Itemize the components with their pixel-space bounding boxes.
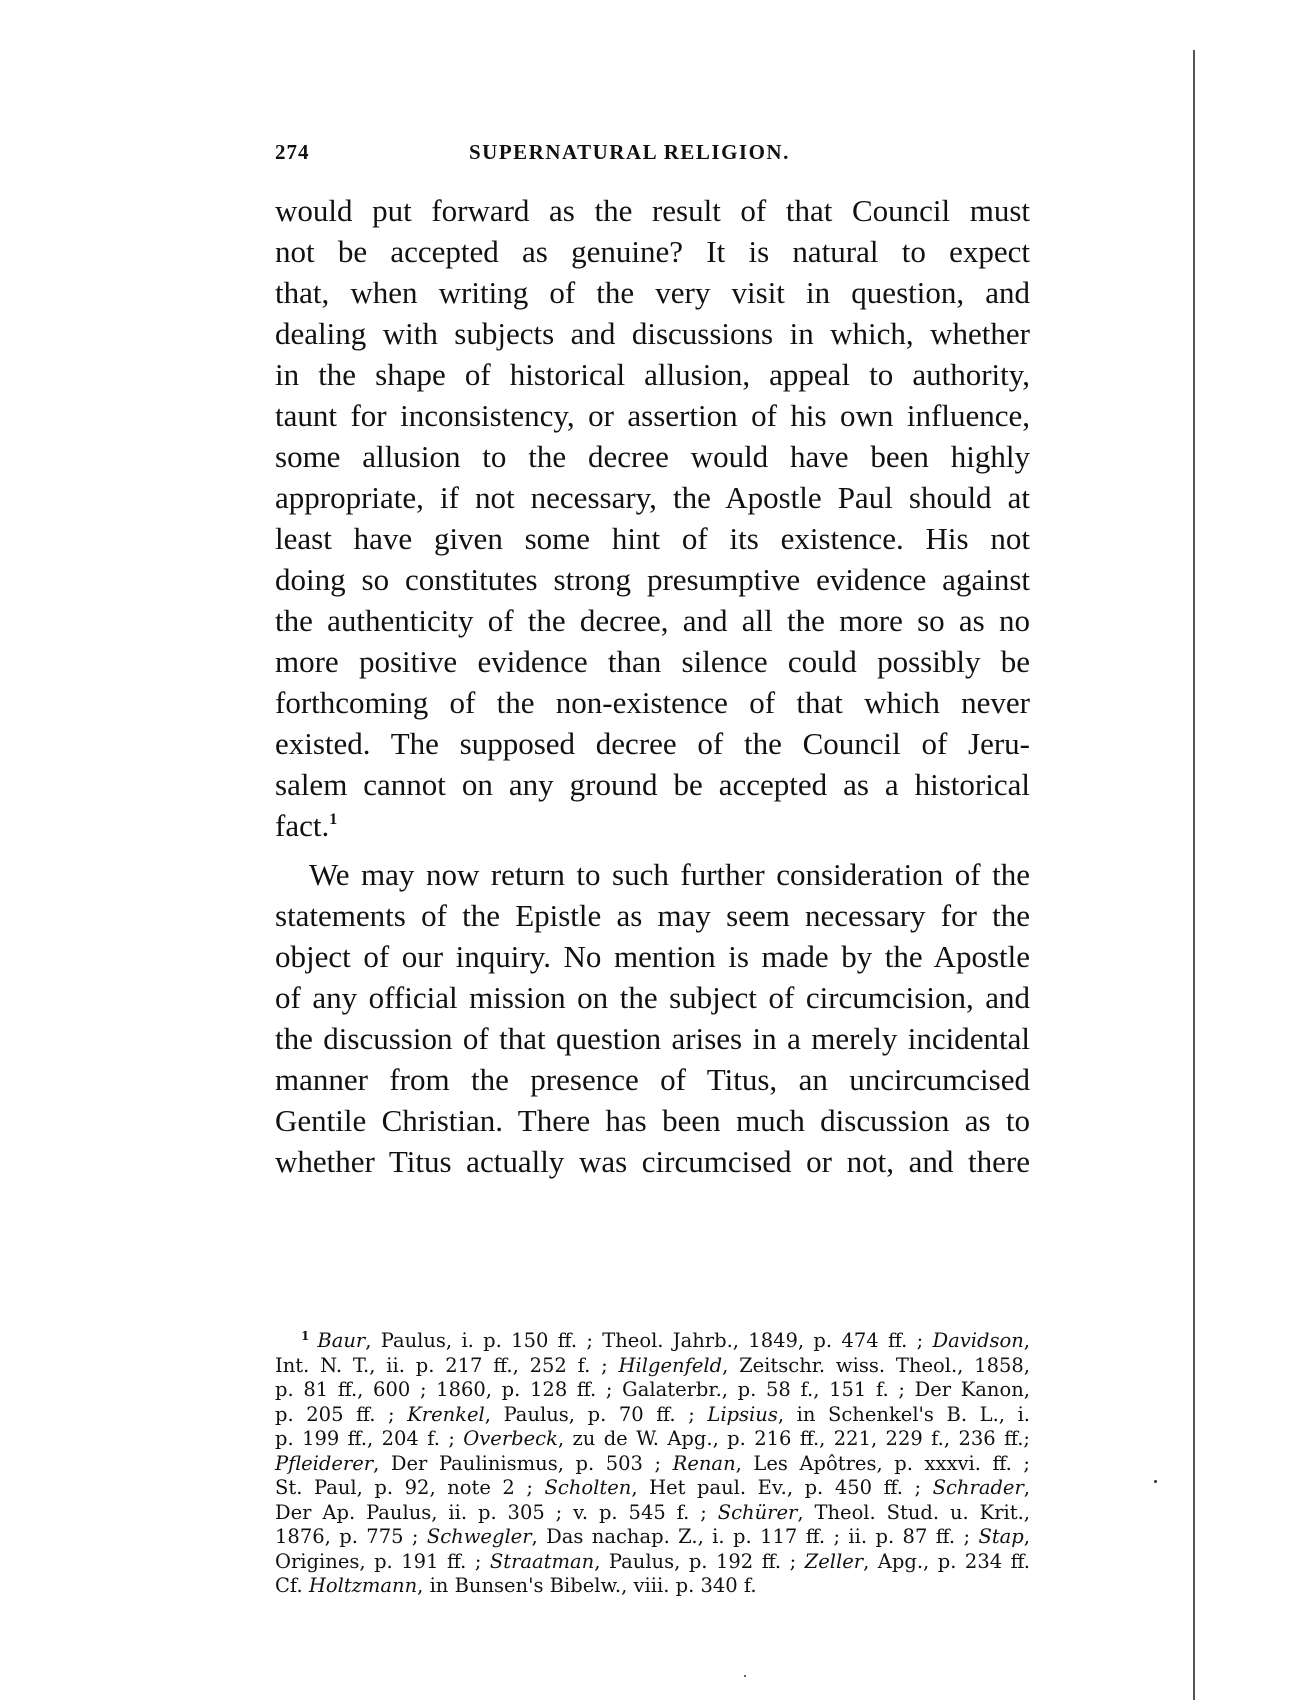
citation-text: , zu de W. Apg., p. 216 ff., 221, 229 f.… [558, 1427, 1030, 1450]
footnote-line: p. 205 ff. ; Krenkel, Paulus, p. 70 ff. … [275, 1403, 1030, 1428]
text-line: the discussion of that question arises i… [275, 1018, 1030, 1059]
page-number: 274 [275, 140, 310, 165]
text-line: in the shape of historical allusion, app… [275, 354, 1030, 395]
text-line: that, when writing of the very visit in … [275, 272, 1030, 313]
running-title: SUPERNATURAL RELIGION. [469, 140, 790, 165]
author-name: Zeller [805, 1550, 863, 1573]
scan-speck [1154, 1480, 1157, 1483]
citation-text: , [1024, 1525, 1030, 1548]
text-line: existed. The supposed decree of the Coun… [275, 723, 1030, 764]
text-line: salem cannot on any ground be accepted a… [275, 764, 1030, 805]
citation-text: , Zeitschr. wiss. Theol., 1858, [722, 1354, 1030, 1377]
text-line: statements of the Epistle as may seem ne… [275, 895, 1030, 936]
author-name: Renan [673, 1452, 736, 1475]
text-line: object of our inquiry. No mention is mad… [275, 936, 1030, 977]
text-line: of any official mission on the subject o… [275, 977, 1030, 1018]
body-text: would put forward as the result of that … [275, 190, 1030, 1182]
paragraph-1: would put forward as the result of that … [275, 190, 1030, 846]
footnote-line: 1Baur, Paulus, i. p. 150 ff. ; Theol. Ja… [275, 1329, 1030, 1354]
text-line: whether Titus actually was circumcised o… [275, 1141, 1030, 1182]
footnote-line: Der Ap. Paulus, ii. p. 305 ; v. p. 545 f… [275, 1501, 1030, 1526]
footnote-reference[interactable]: 1 [329, 811, 337, 828]
author-name: Stap [978, 1525, 1023, 1548]
text-line: taunt for inconsistency, or assertion of… [275, 395, 1030, 436]
text-line: the authenticity of the decree, and all … [275, 600, 1030, 641]
citation-text: , in Schenkel's B. L., i. [778, 1403, 1030, 1426]
citation-text: , Apg., p. 234 ff. [863, 1550, 1030, 1573]
paragraph-2: We may now return to such further consid… [275, 854, 1030, 1182]
citation-text: Cf. [275, 1574, 309, 1597]
footnote-line: p. 81 ff., 600 ; 1860, p. 128 ff. ; Gala… [275, 1378, 1030, 1403]
text-line: appropriate, if not necessary, the Apost… [275, 477, 1030, 518]
text-line: Gentile Christian. There has been much d… [275, 1100, 1030, 1141]
text-line: least have given some hint of its existe… [275, 518, 1030, 559]
text-line: doing so constitutes strong presumptive … [275, 559, 1030, 600]
text-line: forthcoming of the non-existence of that… [275, 682, 1030, 723]
author-name: Krenkel [407, 1403, 485, 1426]
text-line: some allusion to the decree would have b… [275, 436, 1030, 477]
footnote-line: 1876, p. 775 ; Schwegler, Das nachap. Z.… [275, 1525, 1030, 1550]
text-line: more positive evidence than silence coul… [275, 641, 1030, 682]
footnote-line: Int. N. T., ii. p. 217 ff., 252 f. ; Hil… [275, 1354, 1030, 1379]
citation-text: , Les Apôtres, p. xxxvi. ff. ; [736, 1452, 1030, 1475]
author-name: Overbeck [463, 1427, 558, 1450]
paragraph-gap [275, 846, 1030, 854]
scan-speck [744, 1675, 746, 1677]
citation-text: p. 205 ff. ; [275, 1403, 407, 1426]
text-line: manner from the presence of Titus, an un… [275, 1059, 1030, 1100]
citation-text: p. 199 ff., 204 f. ; [275, 1427, 463, 1450]
citation-text: , Theol. Stud. u. Krit., [797, 1501, 1030, 1524]
citation-text: , Paulus, p. 192 ff. ; [594, 1550, 804, 1573]
citation-text: , [1024, 1329, 1030, 1352]
text-line: not be accepted as genuine? It is natura… [275, 231, 1030, 272]
footnote-line: Origines, p. 191 ff. ; Straatman, Paulus… [275, 1550, 1030, 1575]
footnote-line: Pfleiderer, Der Paulinismus, p. 503 ; Re… [275, 1452, 1030, 1477]
author-name: Pfleiderer [275, 1452, 373, 1475]
citation-text: , [1024, 1476, 1030, 1499]
footnote-line: St. Paul, p. 92, note 2 ; Scholten, Het … [275, 1476, 1030, 1501]
running-head: 274 SUPERNATURAL RELIGION. [275, 140, 1035, 170]
author-name: Davidson [932, 1329, 1023, 1352]
footnotes: 1Baur, Paulus, i. p. 150 ff. ; Theol. Ja… [275, 1329, 1030, 1599]
citation-text: , Paulus, i. p. 150 ff. ; Theol. Jahrb.,… [365, 1329, 932, 1352]
author-name: Scholten [545, 1476, 632, 1499]
text-line: dealing with subjects and discussions in… [275, 313, 1030, 354]
author-name: Holtzmann [309, 1574, 417, 1597]
author-name: Schwegler [427, 1525, 532, 1548]
page-edge-line [1193, 50, 1195, 1700]
author-name: Hilgenfeld [619, 1354, 723, 1377]
citation-text: p. 81 ff., 600 ; 1860, p. 128 ff. ; Gala… [275, 1378, 1030, 1401]
citation-text: , in Bunsen's Bibelw., viii. p. 340 f. [417, 1574, 756, 1597]
citation-text: , Paulus, p. 70 ff. ; [485, 1403, 708, 1426]
footnote-line: p. 199 ff., 204 f. ; Overbeck, zu de W. … [275, 1427, 1030, 1452]
citation-text: , Das nachap. Z., i. p. 117 ff. ; ii. p.… [532, 1525, 979, 1548]
text-line: We may now return to such further consid… [275, 854, 1030, 895]
citation-text: , Het paul. Ev., p. 450 ff. ; [631, 1476, 932, 1499]
author-name: Baur [317, 1329, 365, 1352]
author-name: Straatman [490, 1550, 594, 1573]
citation-text: Der Ap. Paulus, ii. p. 305 ; v. p. 545 f… [275, 1501, 718, 1524]
citation-text: Origines, p. 191 ff. ; [275, 1550, 490, 1573]
citation-text: St. Paul, p. 92, note 2 ; [275, 1476, 545, 1499]
text-line: would put forward as the result of that … [275, 190, 1030, 231]
citation-text: , Der Paulinismus, p. 503 ; [373, 1452, 673, 1475]
author-name: Lipsius [707, 1403, 777, 1426]
author-name: Schrader [933, 1476, 1024, 1499]
author-name: Schürer [718, 1501, 798, 1524]
citation-text: Int. N. T., ii. p. 217 ff., 252 f. ; [275, 1354, 619, 1377]
text-line: fact.1 [275, 805, 1030, 846]
footnote-marker: 1 [301, 1329, 309, 1343]
footnote-line: Cf. Holtzmann, in Bunsen's Bibelw., viii… [275, 1574, 1030, 1599]
citation-text: 1876, p. 775 ; [275, 1525, 427, 1548]
